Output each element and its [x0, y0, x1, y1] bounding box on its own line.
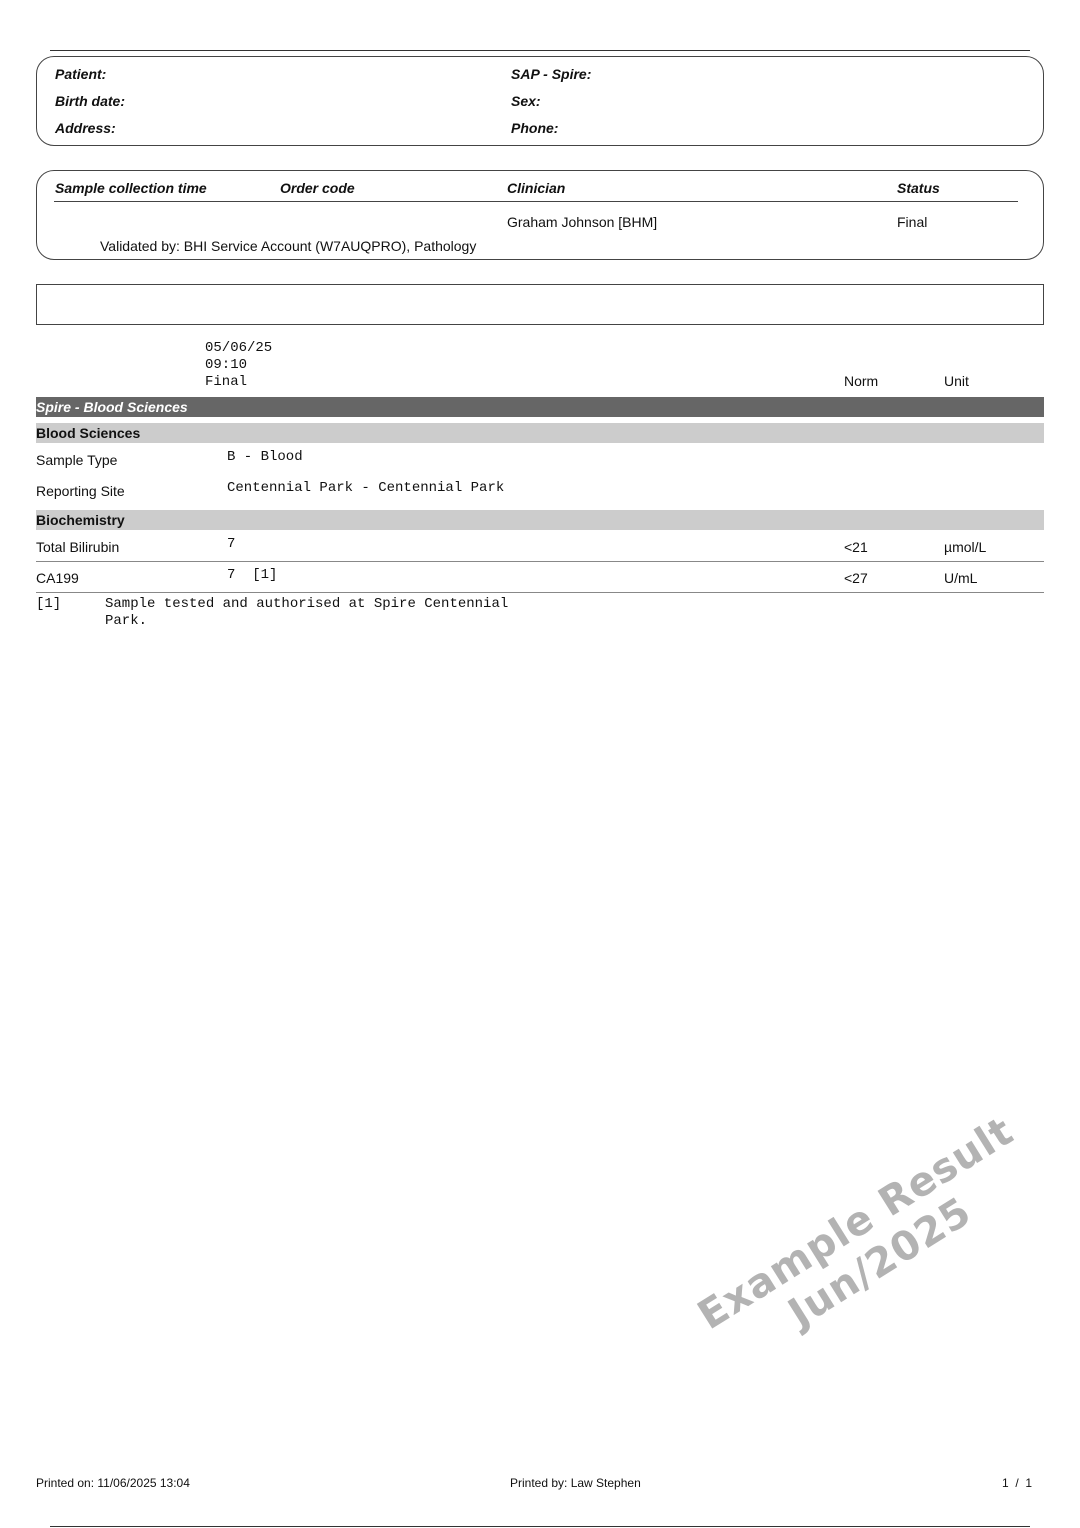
footnote-text-line1: Sample tested and authorised at Spire Ce… — [105, 596, 508, 613]
row-divider — [36, 592, 1044, 593]
row-name-reporting-site: Reporting Site — [36, 483, 125, 499]
row-divider — [36, 561, 1044, 562]
section-title: Biochemistry — [36, 512, 125, 528]
phone-label: Phone: — [511, 120, 558, 136]
row-name-ca199: CA199 — [36, 570, 79, 586]
norm-header: Norm — [844, 373, 878, 389]
order-code-header: Order code — [280, 180, 355, 196]
top-rule — [50, 50, 1030, 51]
sex-label: Sex: — [511, 93, 541, 109]
row-unit-total-bilirubin: µmol/L — [944, 539, 986, 555]
department-title: Spire - Blood Sciences — [36, 399, 188, 415]
section-title: Blood Sciences — [36, 425, 140, 441]
unit-header: Unit — [944, 373, 969, 389]
footnote-ref: [1] — [36, 596, 61, 613]
section-header-blood-sciences: Blood Sciences — [36, 423, 1044, 443]
order-header-divider — [54, 201, 1018, 202]
address-label: Address: — [55, 120, 116, 136]
row-value-reporting-site: Centennial Park - Centennial Park — [227, 480, 504, 497]
page-number: 1 / 1 — [1002, 1476, 1032, 1490]
row-norm-ca199: <27 — [844, 570, 868, 586]
row-unit-ca199: U/mL — [944, 570, 977, 586]
comment-box — [36, 284, 1044, 325]
result-status: Final — [205, 374, 247, 391]
result-date: 05/06/25 — [205, 340, 272, 357]
result-time: 09:10 — [205, 357, 247, 374]
row-value-ca199: 7 [1] — [227, 567, 277, 584]
footnote-text-line2: Park. — [105, 613, 147, 630]
row-value-total-bilirubin: 7 — [227, 536, 235, 553]
row-name-total-bilirubin: Total Bilirubin — [36, 539, 119, 555]
bottom-rule — [50, 1526, 1030, 1527]
section-header-biochemistry: Biochemistry — [36, 510, 1044, 530]
watermark: Example Result Jun/2025 — [690, 1108, 1046, 1378]
collection-time-header: Sample collection time — [55, 180, 207, 196]
status-value: Final — [897, 214, 927, 230]
clinician-value: Graham Johnson [BHM] — [507, 214, 657, 230]
patient-label: Patient: — [55, 66, 106, 82]
clinician-header: Clinician — [507, 180, 565, 196]
validated-by: Validated by: BHI Service Account (W7AUQ… — [100, 238, 476, 254]
printed-on: Printed on: 11/06/2025 13:04 — [36, 1476, 190, 1490]
birth-date-label: Birth date: — [55, 93, 125, 109]
printed-by: Printed by: Law Stephen — [510, 1476, 641, 1490]
sap-spire-label: SAP - Spire: — [511, 66, 591, 82]
row-norm-total-bilirubin: <21 — [844, 539, 868, 555]
status-header: Status — [897, 180, 940, 196]
row-name-sample-type: Sample Type — [36, 452, 117, 468]
department-band: Spire - Blood Sciences — [36, 397, 1044, 417]
row-value-sample-type: B - Blood — [227, 449, 303, 466]
